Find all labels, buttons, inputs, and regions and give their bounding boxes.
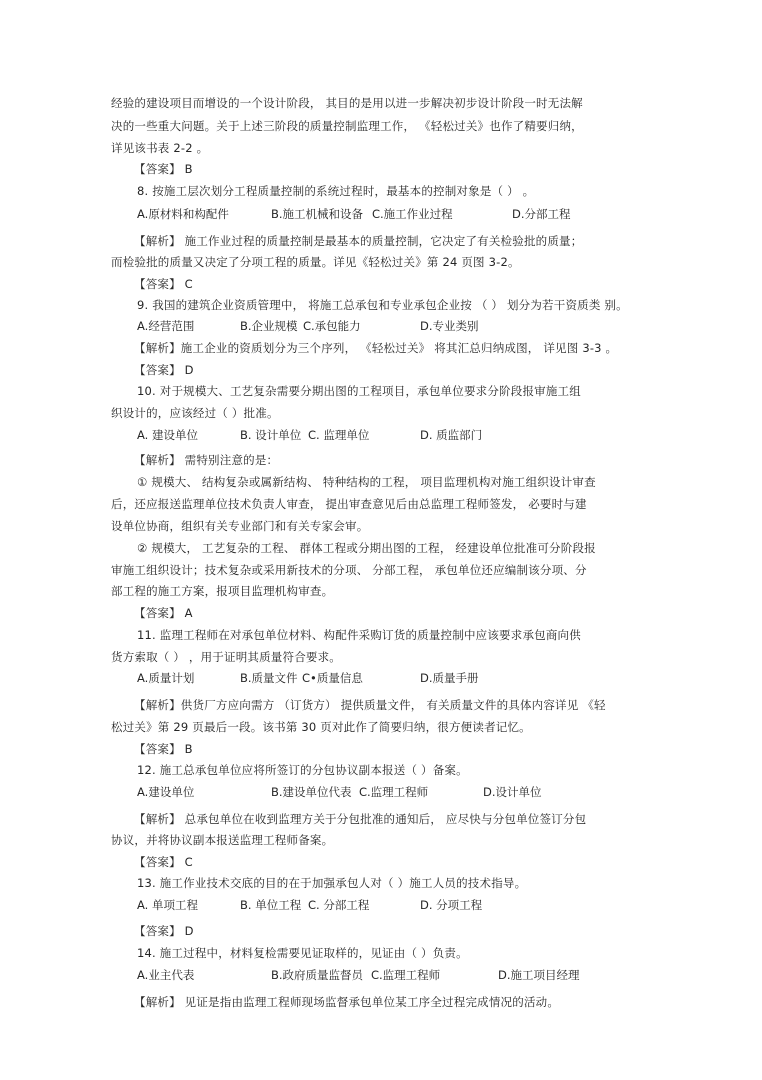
- option-b: B. 设计单位: [240, 427, 301, 443]
- option-c: C.监理工程师: [371, 967, 440, 983]
- option-d: D. 分项工程: [420, 897, 482, 913]
- option-d: D. 质监部门: [420, 427, 482, 443]
- analysis-line: 【解析】 需特别注意的是：: [134, 452, 278, 468]
- option-c: C. 分部工程: [308, 897, 369, 913]
- option-c: C. 监理单位: [308, 427, 369, 443]
- option-c: C•质量信息: [302, 670, 363, 686]
- analysis-line: 部工程的施工方案，报项目监理机构审查。: [111, 583, 333, 599]
- analysis-line: 协议，并将协议副本报送监理工程师备案。: [111, 832, 333, 848]
- question-stem: 11. 监理工程师在对承包单位材料、构配件采购订货的质量控制中应该要求承包商向供: [137, 627, 581, 643]
- answer-line: 【答案】 C: [134, 854, 193, 870]
- question-stem: 10. 对于规模大、工艺复杂需要分期出图的工程项目，承包单位要求分阶段报审施工组: [137, 383, 581, 399]
- analysis-line: 【解析】施工企业的资质划分为三个序列， 《轻松过关》 将其汇总归纳成图， 详见图…: [134, 340, 617, 356]
- question-stem: 8. 按施工层次划分工程质量控制的系统过程时，最基本的控制对象是（ ） 。: [137, 183, 534, 199]
- option-b: B.质量文件: [240, 670, 298, 686]
- analysis-line: 审施工组织设计；技术复杂或采用新技术的分项、 分部工程， 承包单位还应编制该分项…: [111, 562, 587, 578]
- paragraph-line: 决的一些重大问题。关于上述三阶段的质量控制监理工作， 《轻松过关》也作了精要归纳…: [111, 118, 583, 134]
- option-d: D.专业类别: [420, 318, 479, 334]
- option-a: A.建设单位: [137, 784, 194, 800]
- option-a: A.原材料和构配件: [137, 206, 229, 222]
- answer-line: 【答案】 B: [134, 741, 193, 757]
- answer-line: 【答案】 A: [134, 605, 193, 621]
- analysis-line: 【解析】 见证是指由监理工程师现场监督承包单位某工序全过程完成情况的活动。: [134, 994, 559, 1010]
- paragraph-line: 详见该书表 2-2 。: [111, 140, 208, 156]
- option-a: A.业主代表: [137, 967, 194, 983]
- option-b: B.建设单位代表: [271, 784, 352, 800]
- option-c: C.施工作业过程: [372, 206, 453, 222]
- option-c: C.承包能力: [303, 318, 361, 334]
- answer-line: 【答案】 D: [134, 923, 194, 939]
- question-stem: 12. 施工总承包单位应将所签订的分包协议副本报送（ ）备案。: [137, 762, 468, 778]
- answer-line: 【答案】 C: [134, 276, 193, 292]
- option-b: B.企业规模: [240, 318, 298, 334]
- analysis-line: 【解析】 施工作业过程的质量控制是最基本的质量控制，它决定了有关检验批的质量；: [134, 233, 582, 249]
- option-c: C.监理工程师: [359, 784, 428, 800]
- paragraph-line: 经验的建设项目而增设的一个设计阶段， 其目的是用以进一步解决初步设计阶段一时无法…: [111, 95, 583, 111]
- analysis-line: ② 规模大， 工艺复杂的工程、 群体工程或分期出图的工程， 经建设单位批准可分阶…: [137, 540, 596, 556]
- option-a: A. 建设单位: [137, 427, 198, 443]
- answer-line: 【答案】 B: [134, 161, 193, 177]
- analysis-line: 松过关》第 29 页最后一段。该书第 30 页对此作了简要归纳，很方便读者记忆。: [111, 719, 531, 735]
- option-b: B.政府质量监督员: [271, 967, 363, 983]
- option-b: B. 单位工程: [240, 897, 301, 913]
- answer-line: 【答案】 D: [134, 362, 194, 378]
- option-a: A.经营范围: [137, 318, 194, 334]
- analysis-line: 后，还应报送监理单位技术负责人审查， 提出审查意见后由总监理工程师签发， 必要时…: [111, 496, 587, 512]
- analysis-line: ① 规模大、 结构复杂或属新结构、 特种结构的工程， 项目监理机构对施工组织设计…: [137, 474, 596, 490]
- analysis-line: 【解析】 总承包单位在收到监理方关于分包批准的通知后， 应尽快与分包单位签订分包: [134, 811, 586, 827]
- analysis-line: 【解析】供货厂方应向需方 （订货方） 提供质量文件， 有关质量文件的具体内容详见…: [134, 697, 606, 713]
- option-d: D.设计单位: [483, 784, 542, 800]
- question-stem: 9. 我国的建筑企业资质管理中， 将施工总承包和专业承包企业按 （ ） 划分为若…: [137, 297, 628, 313]
- question-stem: 14. 施工过程中，材料复检需要见证取样的，见证由（ ）负责。: [137, 945, 468, 961]
- option-b: B.施工机械和设备: [271, 206, 363, 222]
- question-stem: 货方索取（ ） ，用于证明其质量符合要求。: [111, 649, 341, 665]
- option-a: A.质量计划: [137, 670, 194, 686]
- option-d: D.质量手册: [420, 670, 479, 686]
- analysis-line: 而检验批的质量又决定了分项工程的质量。详见《轻松过关》第 24 页图 3-2。: [111, 254, 520, 270]
- question-stem: 13. 施工作业技术交底的目的在于加强承包人对（ ）施工人员的技术指导。: [137, 875, 526, 891]
- analysis-line: 设单位协商，组织有关专业部门和有关专家会审。: [111, 518, 368, 534]
- question-stem: 织设计的，应该经过（ ）批准。: [111, 405, 279, 421]
- option-d: D.施工项目经理: [498, 967, 580, 983]
- option-d: D.分部工程: [512, 206, 571, 222]
- option-a: A. 单项工程: [137, 897, 198, 913]
